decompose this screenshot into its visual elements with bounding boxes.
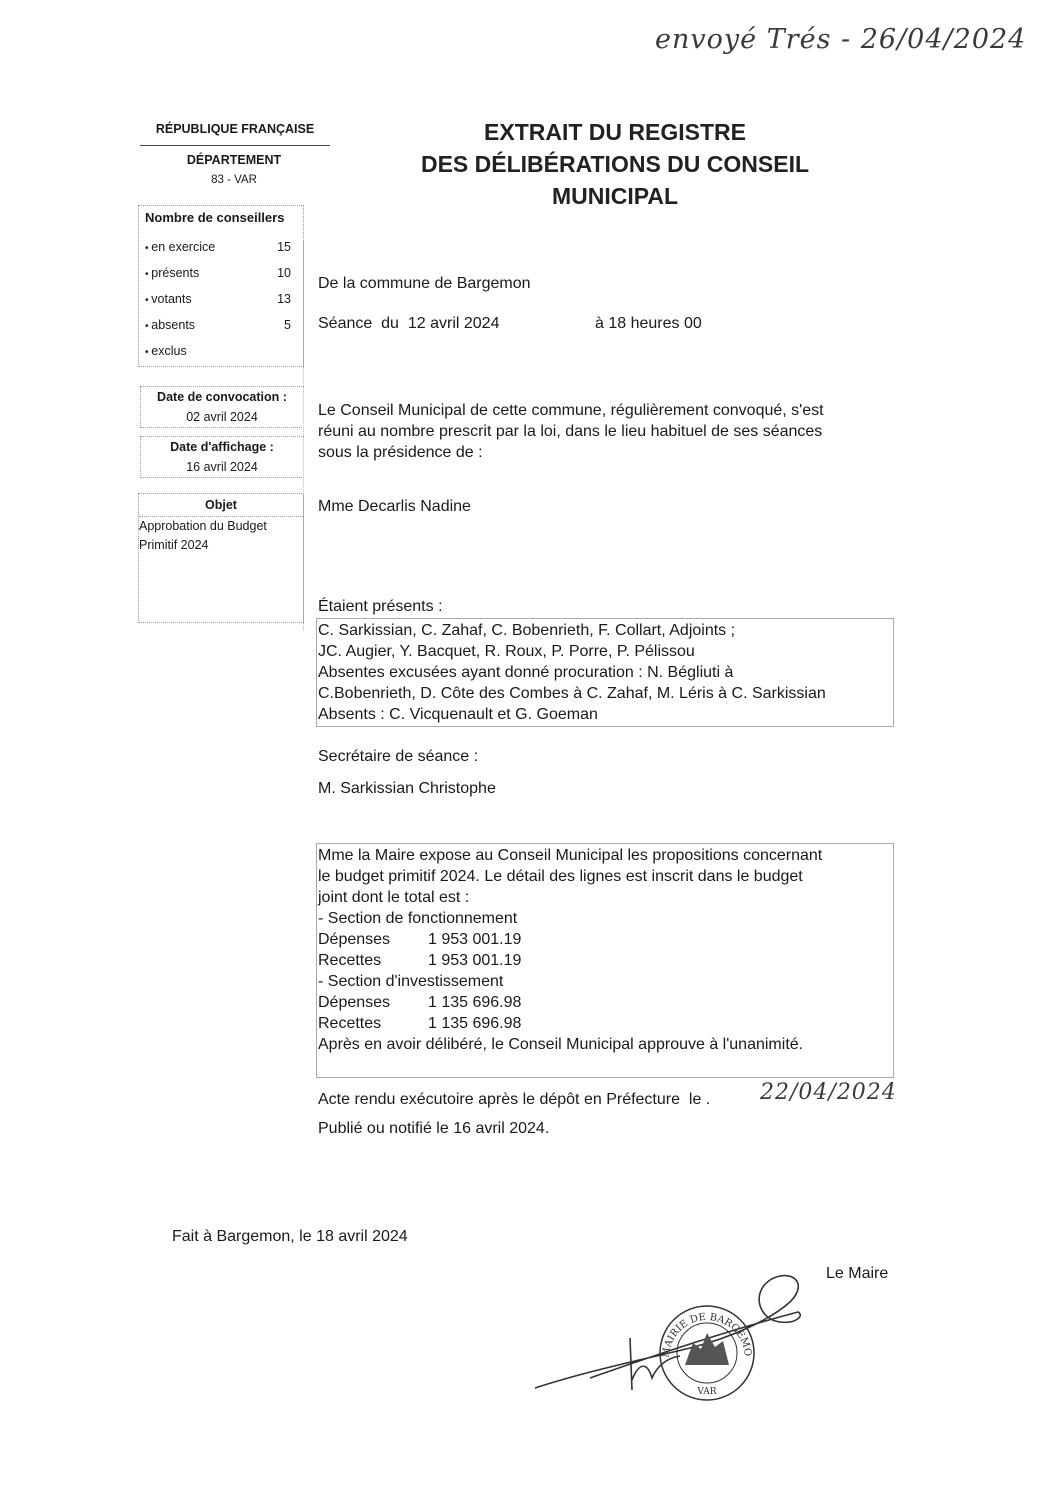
intro-line: Le Conseil Municipal de cette commune, r… [318,400,878,421]
department-label: DÉPARTEMENT [160,153,308,167]
department-value: 83 - VAR [160,174,308,186]
handwritten-filing-date: 22/04/2024 [760,1080,897,1105]
councillor-row: exclus [145,344,291,358]
handwritten-sent-note: envoyé Trés - 26/04/2024 [655,24,1026,55]
execution-text: Acte rendu exécutoire après le dépôt en … [318,1089,710,1110]
budget-row-amount: 1 953 001.19 [428,952,521,969]
deliberation-line: Mme la Maire expose au Conseil Municipal… [318,845,893,866]
councillors-box: Nombre de conseillers en exercice 15 pré… [138,205,304,367]
posting-date-value: 16 avril 2024 [141,457,303,477]
deliberation-line: le budget primitif 2024. Le détail des l… [318,866,893,887]
attendance-line: Absentes excusées ayant donné procuratio… [318,662,893,683]
commune-line: De la commune de Bargemon [318,273,531,294]
session-date: Séance du 12 avril 2024 [318,313,499,334]
budget-row-label: Dépenses [318,992,428,1013]
intro-line: sous la présidence de : [318,442,878,463]
councillor-row-label: présents [145,266,199,280]
president-name: Mme Decarlis Nadine [318,496,471,517]
councillor-row: en exercice 15 [145,240,291,254]
councillor-row-label: absents [145,318,195,332]
convocation-date-box: Date de convocation : 02 avril 2024 [140,386,304,428]
councillor-row-label: exclus [145,344,187,358]
budget-row-amount: 1 135 696.98 [428,994,521,1011]
deliberation-box: Mme la Maire expose au Conseil Municipal… [316,843,894,1078]
councillor-row-value: 13 [277,292,291,306]
seal-text-bottom: VAR [696,1387,716,1397]
attendance-line: JC. Augier, Y. Bacquet, R. Roux, P. Porr… [318,641,893,662]
title-line: DES DÉLIBÉRATIONS DU CONSEIL [380,148,850,180]
budget-row-label: Dépenses [318,929,428,950]
budget-row: Recettes1 135 696.98 [318,1013,893,1034]
document-title: EXTRAIT DU REGISTRE DES DÉLIBÉRATIONS DU… [380,116,850,212]
town-seal-icon: MAIRIE DE BARGEMON VAR [657,1303,757,1403]
column-divider [303,240,304,630]
councillor-row: absents 5 [145,318,291,332]
councillor-row-label: votants [145,292,192,306]
attendance-line: Absents : C. Vicquenault et G. Goeman [318,704,893,725]
budget-row-amount: 1 135 696.98 [428,1015,521,1032]
budget-row: Dépenses1 135 696.98 [318,992,893,1013]
deliberation-conclusion: Après en avoir délibéré, le Conseil Muni… [318,1034,893,1055]
budget-row-amount: 1 953 001.19 [428,931,521,948]
attendance-box: C. Sarkissian, C. Zahaf, C. Bobenrieth, … [316,618,894,727]
budget-row-label: Recettes [318,950,428,971]
convocation-date-label: Date de convocation : [141,387,303,407]
councillor-row: votants 13 [145,292,291,306]
councillor-row-label: en exercice [145,240,215,254]
councillors-title: Nombre de conseillers [139,206,303,225]
deliberation-line: joint dont le total est : [318,887,893,908]
councillor-row: présents 10 [145,266,291,280]
attendance-label: Étaient présents : [318,596,443,617]
intro-line: réuni au nombre prescrit par la loi, dan… [318,421,878,442]
republic-label: RÉPUBLIQUE FRANÇAISE [140,122,330,136]
convocation-date-value: 02 avril 2024 [141,407,303,427]
subject-line: Primitif 2024 [139,536,303,555]
attendance-line: C.Bobenrieth, D. Côte des Combes à C. Za… [318,683,893,704]
budget-row: Dépenses1 953 001.19 [318,929,893,950]
title-line: EXTRAIT DU REGISTRE [380,116,850,148]
place-date: Fait à Bargemon, le 18 avril 2024 [172,1226,408,1247]
secretary-label: Secrétaire de séance : [318,746,478,767]
published-text: Publié ou notifié le 16 avril 2024. [318,1118,549,1139]
header-divider [140,145,330,146]
signatory-title: Le Maire [826,1263,888,1284]
intro-paragraph: Le Conseil Municipal de cette commune, r… [318,400,878,463]
session-time: à 18 heures 00 [595,313,702,334]
section-title: - Section de fonctionnement [318,908,893,929]
posting-date-box: Date d'affichage : 16 avril 2024 [140,436,304,478]
subject-box: Objet Approbation du Budget Primitif 202… [138,493,304,623]
councillor-row-value: 10 [277,266,291,280]
subject-line: Approbation du Budget [139,517,303,536]
subject-label: Objet [139,494,303,517]
secretary-name: M. Sarkissian Christophe [318,778,496,799]
posting-date-label: Date d'affichage : [141,437,303,457]
title-line: MUNICIPAL [380,180,850,212]
councillor-row-value: 5 [284,318,291,332]
councillor-row-value: 15 [277,240,291,254]
budget-row-label: Recettes [318,1013,428,1034]
budget-row: Recettes1 953 001.19 [318,950,893,971]
attendance-line: C. Sarkissian, C. Zahaf, C. Bobenrieth, … [318,620,893,641]
section-title: - Section d'investissement [318,971,893,992]
